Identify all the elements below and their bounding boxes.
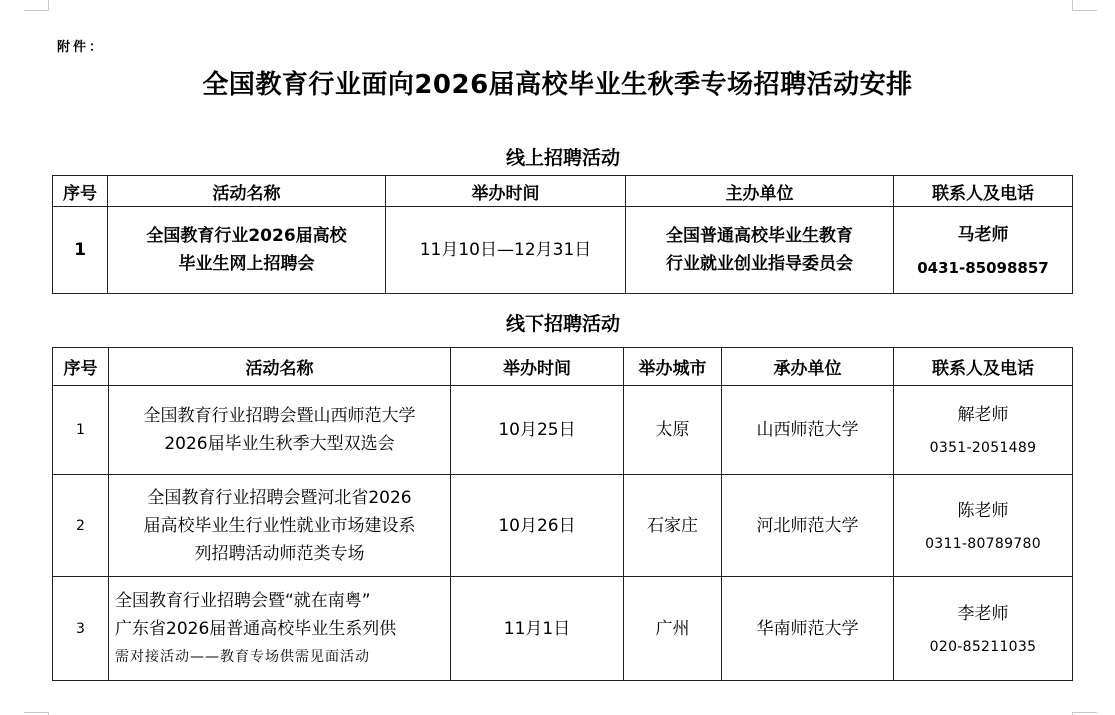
- event-name-line: 需对接活动——教育专场供需见面活动: [115, 643, 448, 671]
- event-host: 山西师范大学: [722, 386, 894, 475]
- event-name: 全国教育行业招聘会暨河北省2026 届高校毕业生行业性就业市场建设系 列招聘活动…: [109, 475, 451, 577]
- header-index: 序号: [53, 348, 109, 386]
- header-index: 序号: [53, 176, 108, 207]
- header-organizer: 主办单位: [626, 176, 894, 207]
- event-name: 全国教育行业2026届高校 毕业生网上招聘会: [108, 207, 386, 294]
- event-name-line: 全国教育行业招聘会暨山西师范大学: [111, 402, 448, 430]
- contact-phone: 0351-2051489: [894, 433, 1072, 463]
- header-event-name: 活动名称: [109, 348, 451, 386]
- header-contact: 联系人及电话: [894, 176, 1073, 207]
- page-corner-mark-top-right: [1072, 0, 1097, 11]
- online-events-table: 序号 活动名称 举办时间 主办单位 联系人及电话 1 全国教育行业2026届高校…: [52, 175, 1073, 294]
- organizer: 全国普通高校毕业生教育 行业就业创业指导委员会: [626, 207, 894, 294]
- event-name-line: 2026届毕业生秋季大型双选会: [111, 430, 448, 458]
- row-index: 3: [53, 577, 109, 681]
- table-row: 3 全国教育行业招聘会暨“就在南粤” 广东省2026届普通高校毕业生系列供 需对…: [53, 577, 1073, 681]
- row-index: 1: [53, 386, 109, 475]
- event-name-line: 毕业生网上招聘会: [108, 250, 385, 278]
- event-time: 11月1日: [451, 577, 624, 681]
- event-name-line: 全国教育行业2026届高校: [108, 222, 385, 250]
- event-name-line: 列招聘活动师范类专场: [111, 540, 448, 568]
- event-host: 河北师范大学: [722, 475, 894, 577]
- table-header-row: 序号 活动名称 举办时间 主办单位 联系人及电话: [53, 176, 1073, 207]
- event-name: 全国教育行业招聘会暨“就在南粤” 广东省2026届普通高校毕业生系列供 需对接活…: [109, 577, 451, 681]
- contact: 解老师 0351-2051489: [894, 386, 1073, 475]
- event-city: 石家庄: [624, 475, 722, 577]
- event-time: 10月25日: [451, 386, 624, 475]
- organizer-line: 行业就业创业指导委员会: [626, 250, 893, 278]
- event-time: 11月10日—12月31日: [386, 207, 626, 294]
- contact-person: 陈老师: [894, 493, 1072, 529]
- attachment-label: 附件：: [57, 36, 105, 55]
- header-event-name: 活动名称: [108, 176, 386, 207]
- table-header-row: 序号 活动名称 举办时间 举办城市 承办单位 联系人及电话: [53, 348, 1073, 386]
- row-index: 2: [53, 475, 109, 577]
- page-corner-mark-top-left: [24, 0, 49, 11]
- header-time: 举办时间: [386, 176, 626, 207]
- contact: 马老师 0431-85098857: [894, 207, 1073, 294]
- contact-person: 解老师: [894, 397, 1072, 433]
- header-host: 承办单位: [722, 348, 894, 386]
- event-host: 华南师范大学: [722, 577, 894, 681]
- table-row: 1 全国教育行业2026届高校 毕业生网上招聘会 11月10日—12月31日 全…: [53, 207, 1073, 294]
- offline-section-title: 线下招聘活动: [0, 309, 1115, 336]
- header-contact: 联系人及电话: [894, 348, 1073, 386]
- event-name-line: 广东省2026届普通高校毕业生系列供: [115, 615, 448, 643]
- contact-person: 李老师: [894, 596, 1072, 632]
- header-time: 举办时间: [451, 348, 624, 386]
- row-index: 1: [53, 207, 108, 294]
- header-city: 举办城市: [624, 348, 722, 386]
- contact-phone: 0311-80789780: [894, 529, 1072, 559]
- event-city: 广州: [624, 577, 722, 681]
- event-time: 10月26日: [451, 475, 624, 577]
- offline-events-table: 序号 活动名称 举办时间 举办城市 承办单位 联系人及电话 1 全国教育行业招聘…: [52, 347, 1073, 681]
- event-name-line: 全国教育行业招聘会暨河北省2026: [111, 484, 448, 512]
- event-name: 全国教育行业招聘会暨山西师范大学 2026届毕业生秋季大型双选会: [109, 386, 451, 475]
- online-section-title: 线上招聘活动: [0, 143, 1115, 170]
- contact-phone: 020-85211035: [894, 632, 1072, 662]
- event-name-line: 届高校毕业生行业性就业市场建设系: [111, 512, 448, 540]
- event-city: 太原: [624, 386, 722, 475]
- contact: 李老师 020-85211035: [894, 577, 1073, 681]
- table-row: 1 全国教育行业招聘会暨山西师范大学 2026届毕业生秋季大型双选会 10月25…: [53, 386, 1073, 475]
- contact-person: 马老师: [894, 217, 1072, 253]
- contact: 陈老师 0311-80789780: [894, 475, 1073, 577]
- organizer-line: 全国普通高校毕业生教育: [626, 222, 893, 250]
- table-row: 2 全国教育行业招聘会暨河北省2026 届高校毕业生行业性就业市场建设系 列招聘…: [53, 475, 1073, 577]
- event-name-line: 全国教育行业招聘会暨“就在南粤”: [115, 587, 448, 615]
- contact-phone: 0431-85098857: [894, 253, 1072, 283]
- document-title: 全国教育行业面向2026届高校毕业生秋季专场招聘活动安排: [0, 64, 1115, 101]
